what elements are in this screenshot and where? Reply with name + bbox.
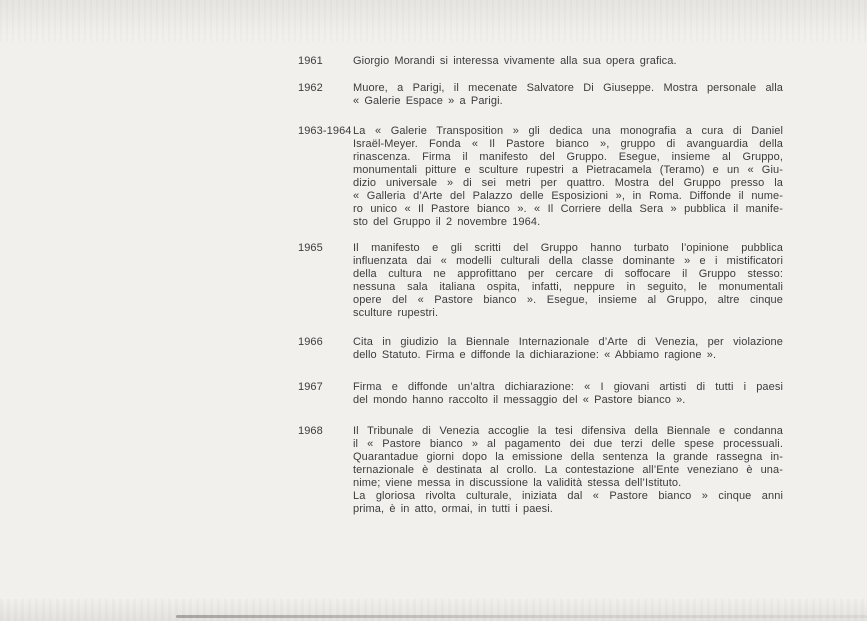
entry-text: Firma e diffonde un’altra dichiarazione:… <box>353 381 783 407</box>
chronology-entry: 1966Cita in giudizio la Biennale Interna… <box>298 336 783 362</box>
text-line: il « Pastore bianco » al pagamento dei d… <box>353 438 783 451</box>
paragraph: Giorgio Morandi si interessa vivamente a… <box>353 55 783 68</box>
text-line: della cultura ne approfittano per cercar… <box>353 268 783 281</box>
text-line: Giorgio Morandi si interessa vivamente a… <box>353 55 783 68</box>
text-line: dello Statuto. Firma e diffonde la dichi… <box>353 349 783 362</box>
year-label: 1963-1964 <box>298 125 353 138</box>
scan-texture-bottom <box>0 599 867 621</box>
text-line: nessuna sala italiana ospita, infatti, n… <box>353 281 783 294</box>
entry-text: La « Galerie Transposition » gli dedica … <box>353 125 783 229</box>
chronology-entry: 1965Il manifesto e gli scritti del Grupp… <box>298 242 783 320</box>
year-label: 1966 <box>298 336 353 349</box>
paragraph: La « Galerie Transposition » gli dedica … <box>353 125 783 229</box>
text-line: prima, è in atto, ormai, in tutti i paes… <box>353 503 783 516</box>
text-line: « Galerie Espace » a Parigi. <box>353 95 783 108</box>
chronology-entry: 1968Il Tribunale di Venezia accoglie la … <box>298 425 783 516</box>
text-line: rinascenza. Firma il manifesto del Grupp… <box>353 151 783 164</box>
text-line: ro unico « Il Pastore bianco ». « Il Cor… <box>353 203 783 216</box>
year-label: 1968 <box>298 425 353 438</box>
paragraph: La gloriosa rivolta culturale, iniziata … <box>353 490 783 516</box>
entry-text: Cita in giudizio la Biennale Internazion… <box>353 336 783 362</box>
chronology-entry: 1963-1964La « Galerie Transposition » gl… <box>298 125 783 229</box>
text-line: Israël-Meyer. Fonda « Il Pastore bianco … <box>353 138 783 151</box>
text-line: La gloriosa rivolta culturale, iniziata … <box>353 490 783 503</box>
text-line: dizio universale » di sei metri per quat… <box>353 177 783 190</box>
scan-texture-top <box>0 0 867 42</box>
year-label: 1962 <box>298 82 353 95</box>
entry-text: Giorgio Morandi si interessa vivamente a… <box>353 55 783 68</box>
text-line: Muore, a Parigi, il mecenate Salvatore D… <box>353 82 783 95</box>
text-line: Firma e diffonde un’altra dichiarazione:… <box>353 381 783 394</box>
document-page: 1961Giorgio Morandi si interessa vivamen… <box>0 0 867 621</box>
text-line: « Galleria d’Arte del Palazzo delle Espo… <box>353 190 783 203</box>
chronology-entry: 1962Muore, a Parigi, il mecenate Salvato… <box>298 82 783 108</box>
chronology-entry: 1961Giorgio Morandi si interessa vivamen… <box>298 55 783 68</box>
year-label: 1965 <box>298 242 353 255</box>
paragraph: Muore, a Parigi, il mecenate Salvatore D… <box>353 82 783 108</box>
text-line: sto del Gruppo il 2 novembre 1964. <box>353 216 783 229</box>
text-line: opere del « Pastore bianco ». Esegue, in… <box>353 294 783 307</box>
entry-text: Muore, a Parigi, il mecenate Salvatore D… <box>353 82 783 108</box>
text-line: sculture rupestri. <box>353 307 783 320</box>
text-line: ternazionale è destinata al crollo. La c… <box>353 464 783 477</box>
entry-text: Il manifesto e gli scritti del Gruppo ha… <box>353 242 783 320</box>
chronology-list: 1961Giorgio Morandi si interessa vivamen… <box>298 55 783 516</box>
paragraph: Il manifesto e gli scritti del Gruppo ha… <box>353 242 783 320</box>
text-line: del mondo hanno raccolto il messaggio de… <box>353 394 783 407</box>
year-label: 1961 <box>298 55 353 68</box>
paragraph: Cita in giudizio la Biennale Internazion… <box>353 336 783 362</box>
text-line: Quarantadue giorni dopo la emissione del… <box>353 451 783 464</box>
entry-text: Il Tribunale di Venezia accoglie la tesi… <box>353 425 783 516</box>
text-line: monumentali pitture e sculture rupestri … <box>353 164 783 177</box>
chronology-entry: 1967Firma e diffonde un’altra dichiarazi… <box>298 381 783 407</box>
text-line: Il manifesto e gli scritti del Gruppo ha… <box>353 242 783 255</box>
paragraph: Firma e diffonde un’altra dichiarazione:… <box>353 381 783 407</box>
text-line: influenzata dai « modelli culturali dell… <box>353 255 783 268</box>
text-line: Il Tribunale di Venezia accoglie la tesi… <box>353 425 783 438</box>
paragraph: Il Tribunale di Venezia accoglie la tesi… <box>353 425 783 490</box>
page-bottom-edge <box>176 615 867 618</box>
text-line: nime; viene messa in discussione la vali… <box>353 477 783 490</box>
year-label: 1967 <box>298 381 353 394</box>
text-line: Cita in giudizio la Biennale Internazion… <box>353 336 783 349</box>
text-line: La « Galerie Transposition » gli dedica … <box>353 125 783 138</box>
